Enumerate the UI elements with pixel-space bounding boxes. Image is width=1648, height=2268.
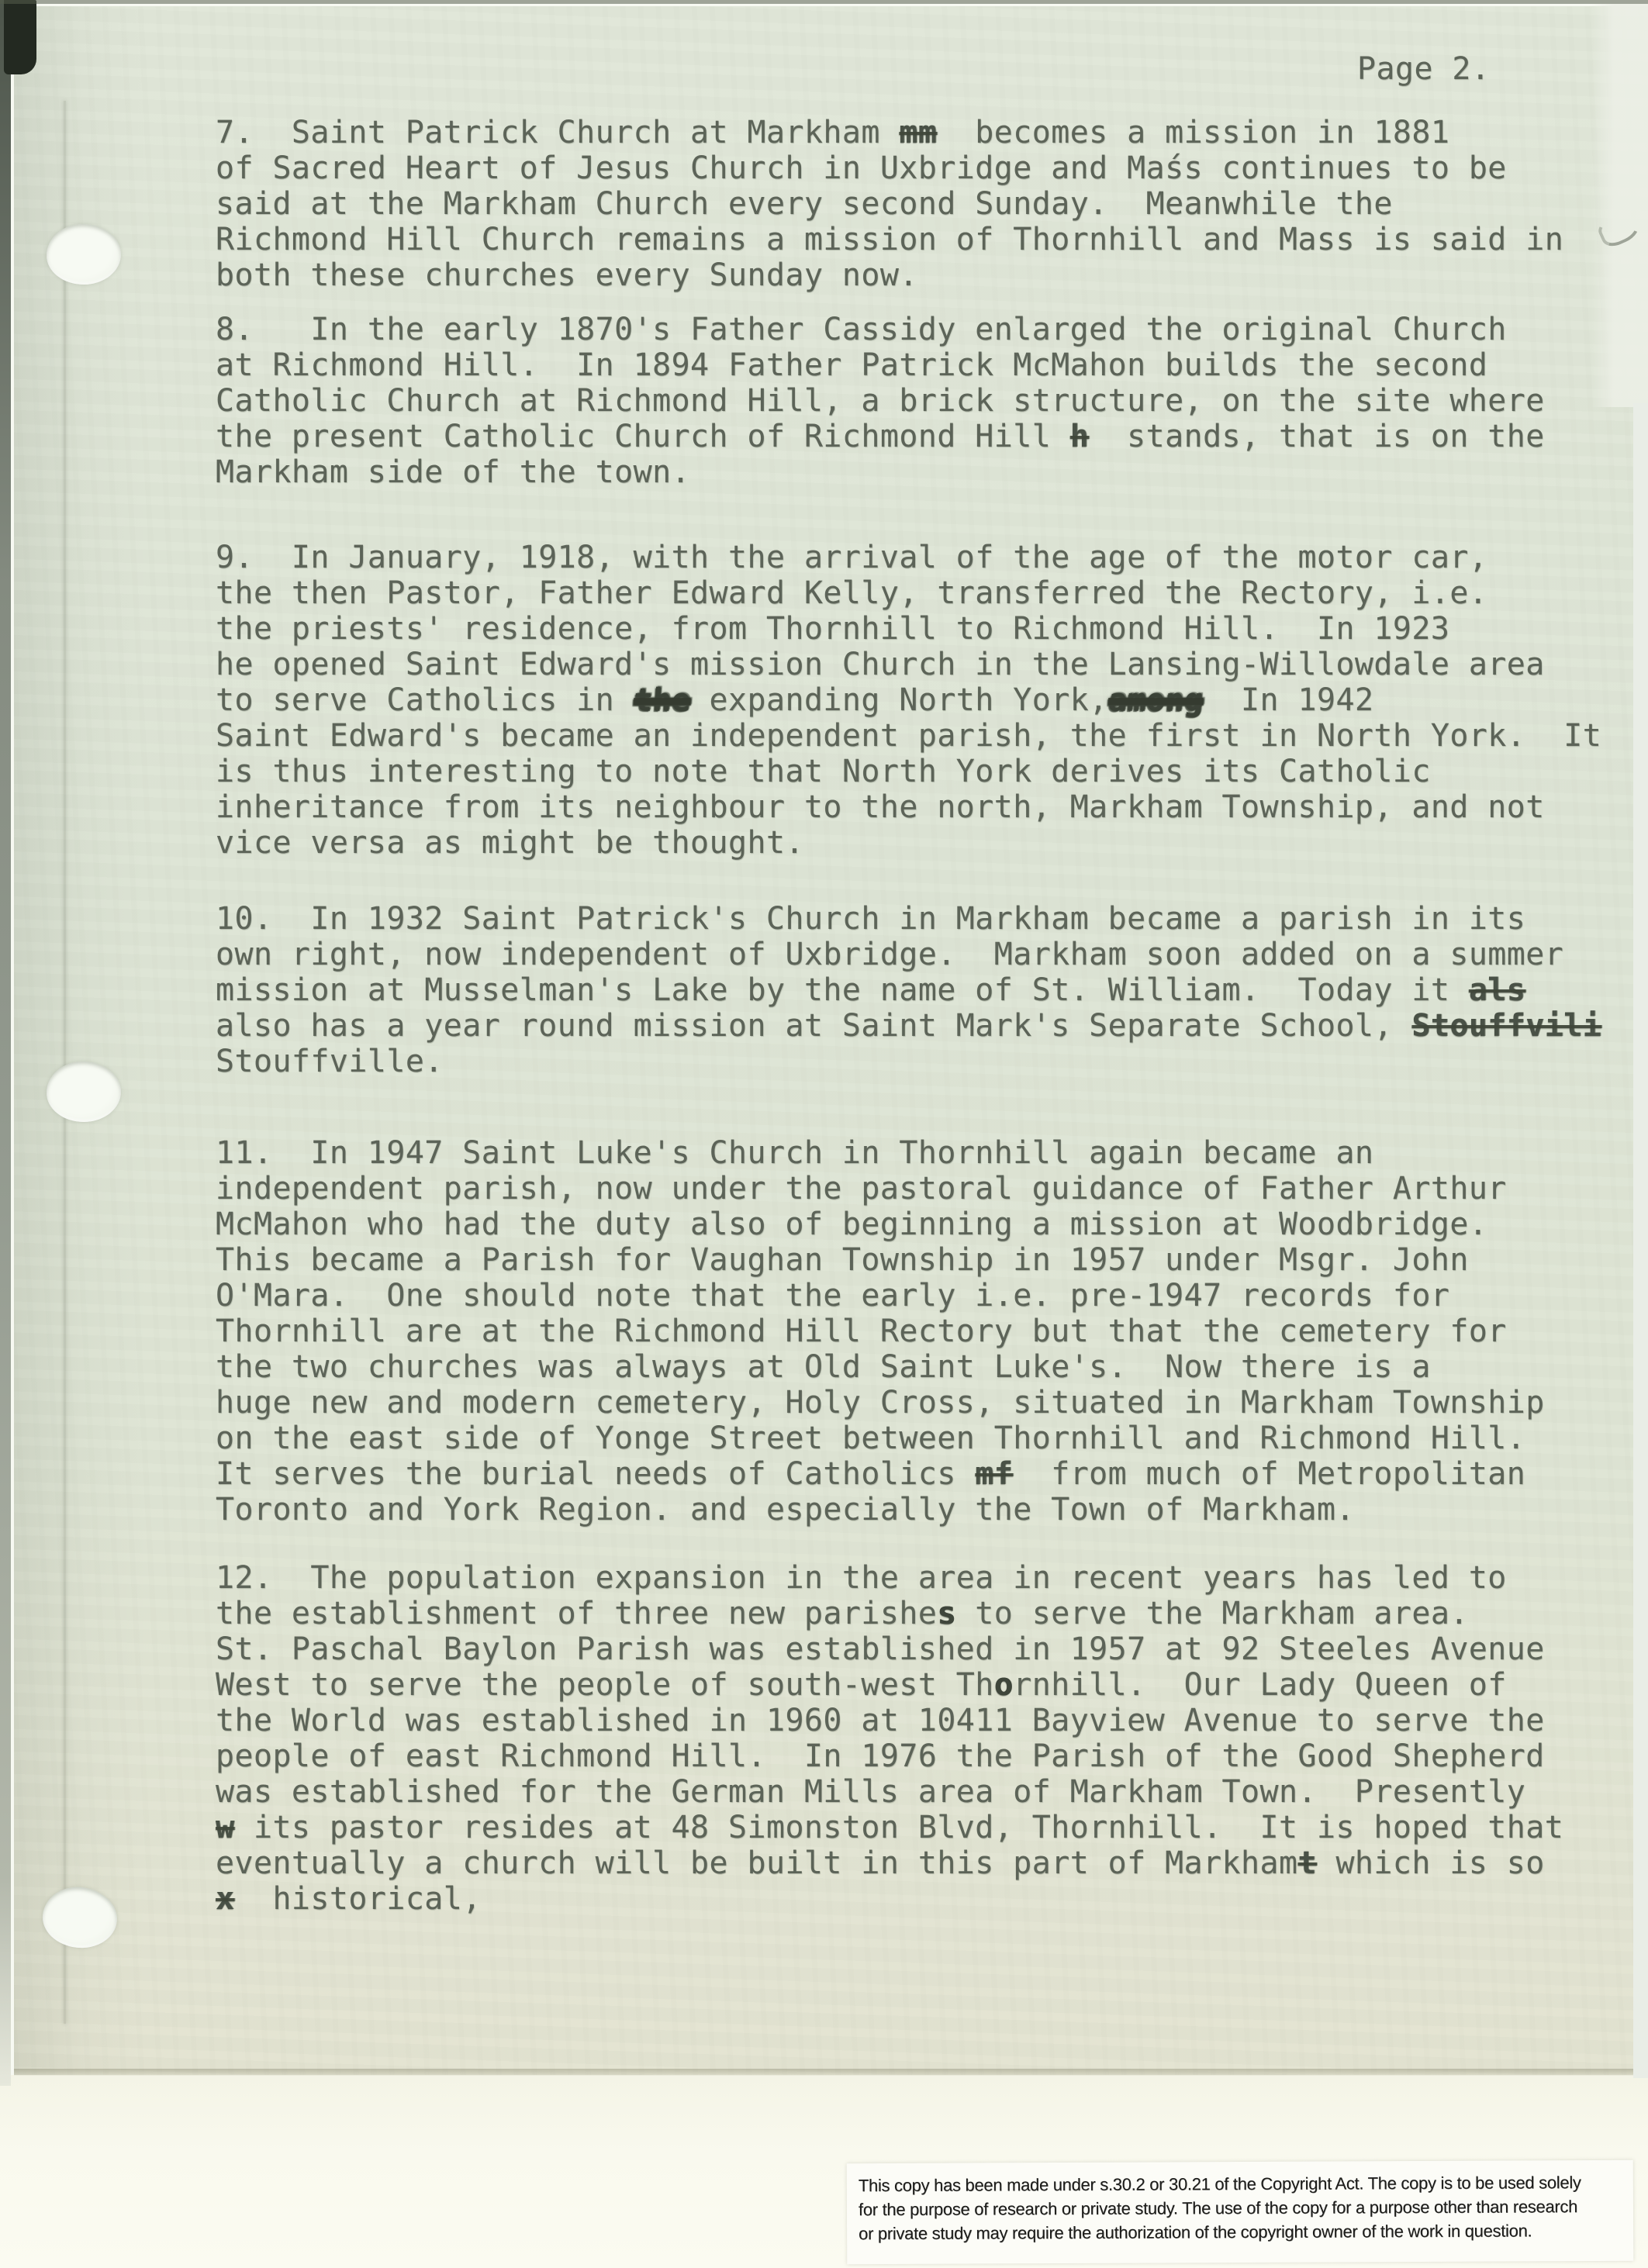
typed-line: vice versa as might be thought. bbox=[216, 825, 1601, 861]
text-run: said at the Markham Church every second … bbox=[216, 186, 1393, 222]
text-run: also has a year round mission at Saint M… bbox=[216, 1008, 1411, 1044]
text-run: Stouffville. bbox=[216, 1044, 444, 1079]
text-run: expanding North York, bbox=[690, 682, 1108, 718]
strike-text: als bbox=[1469, 972, 1525, 1008]
typed-line: mission at Musselman's Lake by the name … bbox=[216, 972, 1601, 1008]
text-run: from much of Metropolitan bbox=[1013, 1456, 1525, 1492]
typed-line: independent parish, now under the pastor… bbox=[216, 1171, 1545, 1206]
text-run: independent parish, now under the pastor… bbox=[216, 1171, 1507, 1206]
text-run: was established for the German Mills are… bbox=[216, 1774, 1525, 1810]
text-run: This became a Parish for Vaughan Townshi… bbox=[216, 1242, 1469, 1278]
copyright-stamp-line: for the purpose of research or private s… bbox=[859, 2194, 1622, 2221]
page-number-label: Page 2. bbox=[1357, 51, 1490, 87]
text-run: is thus interesting to note that North Y… bbox=[216, 754, 1431, 789]
typed-line: 11. In 1947 Saint Luke's Church in Thorn… bbox=[216, 1135, 1545, 1171]
typed-line: the two churches was always at Old Saint… bbox=[216, 1349, 1545, 1385]
text-run: to serve the Markham area. bbox=[956, 1596, 1469, 1631]
text-run: 9. In January, 1918, with the arrival of… bbox=[216, 540, 1487, 575]
paper-crease bbox=[64, 101, 66, 2024]
text-run: West to serve the people of south-west T… bbox=[216, 1667, 994, 1703]
typed-line: 9. In January, 1918, with the arrival of… bbox=[216, 540, 1601, 575]
strike-text: w bbox=[216, 1810, 234, 1845]
text-run: Markham side of the town. bbox=[216, 454, 690, 490]
typed-line: at Richmond Hill. In 1894 Father Patrick… bbox=[216, 347, 1545, 383]
strike-text: mm bbox=[899, 115, 937, 150]
typed-line: West to serve the people of south-west T… bbox=[216, 1667, 1563, 1703]
copyright-stamp-line: This copy has been made under s.30.2 or … bbox=[859, 2170, 1622, 2197]
text-run: stands, that is on the bbox=[1089, 419, 1545, 454]
typed-line: 10. In 1932 Saint Patrick's Church in Ma… bbox=[216, 901, 1601, 937]
typed-paragraph-8: 8. In the early 1870's Father Cassidy en… bbox=[216, 312, 1545, 490]
text-run: historical, bbox=[234, 1881, 481, 1917]
typed-line: is thus interesting to note that North Y… bbox=[216, 754, 1601, 789]
text-run: the priests' residence, from Thornhill t… bbox=[216, 611, 1449, 647]
text-run: Toronto and York Region. and especially … bbox=[216, 1492, 1355, 1528]
typed-line: It serves the burial needs of Catholics … bbox=[216, 1456, 1545, 1492]
text-run: rnhill. Our Lady Queen of bbox=[1013, 1667, 1507, 1703]
corner-mark bbox=[4, 0, 36, 74]
typed-line: Markham side of the town. bbox=[216, 454, 1545, 490]
typed-line: 12. The population expansion in the area… bbox=[216, 1560, 1563, 1596]
typed-line: 7. Saint Patrick Church at Markham mm be… bbox=[216, 115, 1563, 150]
text-run: the then Pastor, Father Edward Kelly, tr… bbox=[216, 575, 1487, 611]
typed-line: Saint Edward's became an independent par… bbox=[216, 718, 1601, 754]
text-run: the present Catholic Church of Richmond … bbox=[216, 419, 1070, 454]
text-run: the two churches was always at Old Saint… bbox=[216, 1349, 1431, 1385]
typed-line: both these churches every Sunday now. bbox=[216, 257, 1563, 293]
typed-line: Catholic Church at Richmond Hill, a bric… bbox=[216, 383, 1545, 419]
typed-line: people of east Richmond Hill. In 1976 th… bbox=[216, 1738, 1563, 1774]
typed-line: x historical, bbox=[216, 1881, 1563, 1917]
text-run: Thornhill are at the Richmond Hill Recto… bbox=[216, 1314, 1507, 1349]
typed-line: said at the Markham Church every second … bbox=[216, 186, 1563, 222]
text-run: own right, now independent of Uxbridge. … bbox=[216, 937, 1563, 972]
text-run: at Richmond Hill. In 1894 Father Patrick… bbox=[216, 347, 1487, 383]
text-run: 12. The population expansion in the area… bbox=[216, 1560, 1507, 1596]
typed-line: w its pastor resides at 48 Simonston Blv… bbox=[216, 1810, 1563, 1845]
text-run: 11. In 1947 Saint Luke's Church in Thorn… bbox=[216, 1135, 1373, 1171]
text-run: It serves the burial needs of Catholics bbox=[216, 1456, 975, 1492]
scribble-text: the bbox=[632, 682, 692, 718]
typed-line: he opened Saint Edward's mission Church … bbox=[216, 647, 1601, 682]
typed-paragraph-7: 7. Saint Patrick Church at Markham mm be… bbox=[216, 115, 1563, 293]
copyright-stamp-line: or private study may require the authori… bbox=[859, 2218, 1622, 2246]
copyright-stamp: This copy has been made under s.30.2 or … bbox=[847, 2160, 1634, 2264]
text-run: Saint Edward's became an independent par… bbox=[216, 718, 1601, 754]
typed-line: McMahon who had the duty also of beginni… bbox=[216, 1206, 1545, 1242]
typed-line: the then Pastor, Father Edward Kelly, tr… bbox=[216, 575, 1601, 611]
text-run: O'Mara. One should note that the early i… bbox=[216, 1278, 1449, 1314]
text-run: 8. In the early 1870's Father Cassidy en… bbox=[216, 312, 1507, 347]
typed-paragraph-9: 9. In January, 1918, with the arrival of… bbox=[216, 540, 1601, 861]
scanner-edge bbox=[0, 0, 11, 2086]
text-run: inheritance from its neighbour to the no… bbox=[216, 789, 1545, 825]
typed-line: of Sacred Heart of Jesus Church in Uxbri… bbox=[216, 150, 1563, 186]
text-run: 7. Saint Patrick Church at Markham bbox=[216, 115, 899, 150]
text-run: the World was established in 1960 at 104… bbox=[216, 1703, 1545, 1738]
typed-paragraph-10: 10. In 1932 Saint Patrick's Church in Ma… bbox=[216, 901, 1601, 1079]
text-run: the establishment of three new parishe bbox=[216, 1596, 937, 1631]
text-run: of Sacred Heart of Jesus Church in Uxbri… bbox=[216, 150, 1507, 186]
typed-line: eventually a church will be built in thi… bbox=[216, 1845, 1563, 1881]
punch-hole bbox=[47, 1062, 121, 1122]
text-run: both these churches every Sunday now. bbox=[216, 257, 918, 293]
strike-text: t bbox=[1297, 1845, 1316, 1881]
text-run: eventually a church will be built in thi… bbox=[216, 1845, 1297, 1881]
typed-line: Thornhill are at the Richmond Hill Recto… bbox=[216, 1314, 1545, 1349]
typed-line: was established for the German Mills are… bbox=[216, 1774, 1563, 1810]
typed-line: This became a Parish for Vaughan Townshi… bbox=[216, 1242, 1545, 1278]
text-run: McMahon who had the duty also of beginni… bbox=[216, 1206, 1487, 1242]
paper-bottom-edge bbox=[14, 2069, 1648, 2076]
typed-line: on the east side of Yonge Street between… bbox=[216, 1421, 1545, 1456]
text-run: Richmond Hill Church remains a mission o… bbox=[216, 222, 1563, 257]
text-run: people of east Richmond Hill. In 1976 th… bbox=[216, 1738, 1545, 1774]
text-run: to serve Catholics in bbox=[216, 682, 634, 718]
overtype-text: o bbox=[994, 1667, 1013, 1703]
typed-line: St. Paschal Baylon Parish was establishe… bbox=[216, 1631, 1563, 1667]
typed-line: the establishment of three new parishes … bbox=[216, 1596, 1563, 1631]
text-run: huge new and modern cemetery, Holy Cross… bbox=[216, 1385, 1545, 1421]
typed-line: Richmond Hill Church remains a mission o… bbox=[216, 222, 1563, 257]
typed-paragraph-11: 11. In 1947 Saint Luke's Church in Thorn… bbox=[216, 1135, 1545, 1528]
typed-line: the priests' residence, from Thornhill t… bbox=[216, 611, 1601, 647]
text-run: In 1942 bbox=[1203, 682, 1373, 718]
typed-line: inheritance from its neighbour to the no… bbox=[216, 789, 1601, 825]
strike-text: x bbox=[216, 1881, 234, 1917]
typed-line: the World was established in 1960 at 104… bbox=[216, 1703, 1563, 1738]
scribble-text: among bbox=[1107, 682, 1204, 718]
typed-line: own right, now independent of Uxbridge. … bbox=[216, 937, 1601, 972]
overtype-text: s bbox=[937, 1596, 955, 1631]
text-run: mission at Musselman's Lake by the name … bbox=[216, 972, 1469, 1008]
typed-paragraph-12: 12. The population expansion in the area… bbox=[216, 1560, 1563, 1917]
strike-text: h bbox=[1070, 419, 1089, 454]
typed-line: also has a year round mission at Saint M… bbox=[216, 1008, 1601, 1044]
strike-text: mf bbox=[975, 1456, 1013, 1492]
typed-line: huge new and modern cemetery, Holy Cross… bbox=[216, 1385, 1545, 1421]
scan-right-band bbox=[1591, 4, 1648, 407]
typed-line: Toronto and York Region. and especially … bbox=[216, 1492, 1545, 1528]
text-run: which is so bbox=[1317, 1845, 1545, 1881]
text-run: St. Paschal Baylon Parish was establishe… bbox=[216, 1631, 1545, 1667]
punch-hole bbox=[47, 224, 121, 285]
text-run: Catholic Church at Richmond Hill, a bric… bbox=[216, 383, 1545, 419]
scanned-document-page: Page 2. 7. Saint Patrick Church at Markh… bbox=[0, 0, 1648, 2268]
text-run: 10. In 1932 Saint Patrick's Church in Ma… bbox=[216, 901, 1525, 937]
text-run: on the east side of Yonge Street between… bbox=[216, 1421, 1525, 1456]
scan-right-strip bbox=[1633, 403, 1648, 2078]
text-run: its pastor resides at 48 Simonston Blvd,… bbox=[234, 1810, 1563, 1845]
typed-line: Stouffville. bbox=[216, 1044, 1601, 1079]
scan-top-edge bbox=[0, 0, 1648, 4]
typed-line: O'Mara. One should note that the early i… bbox=[216, 1278, 1545, 1314]
strike-text: Stouffvili bbox=[1411, 1008, 1601, 1044]
typed-line: 8. In the early 1870's Father Cassidy en… bbox=[216, 312, 1545, 347]
typed-line: the present Catholic Church of Richmond … bbox=[216, 419, 1545, 454]
text-run: he opened Saint Edward's mission Church … bbox=[216, 647, 1545, 682]
text-run: becomes a mission in 1881 bbox=[937, 115, 1449, 150]
typed-line: to serve Catholics in the expanding Nort… bbox=[216, 682, 1601, 718]
text-run: vice versa as might be thought. bbox=[216, 825, 804, 861]
